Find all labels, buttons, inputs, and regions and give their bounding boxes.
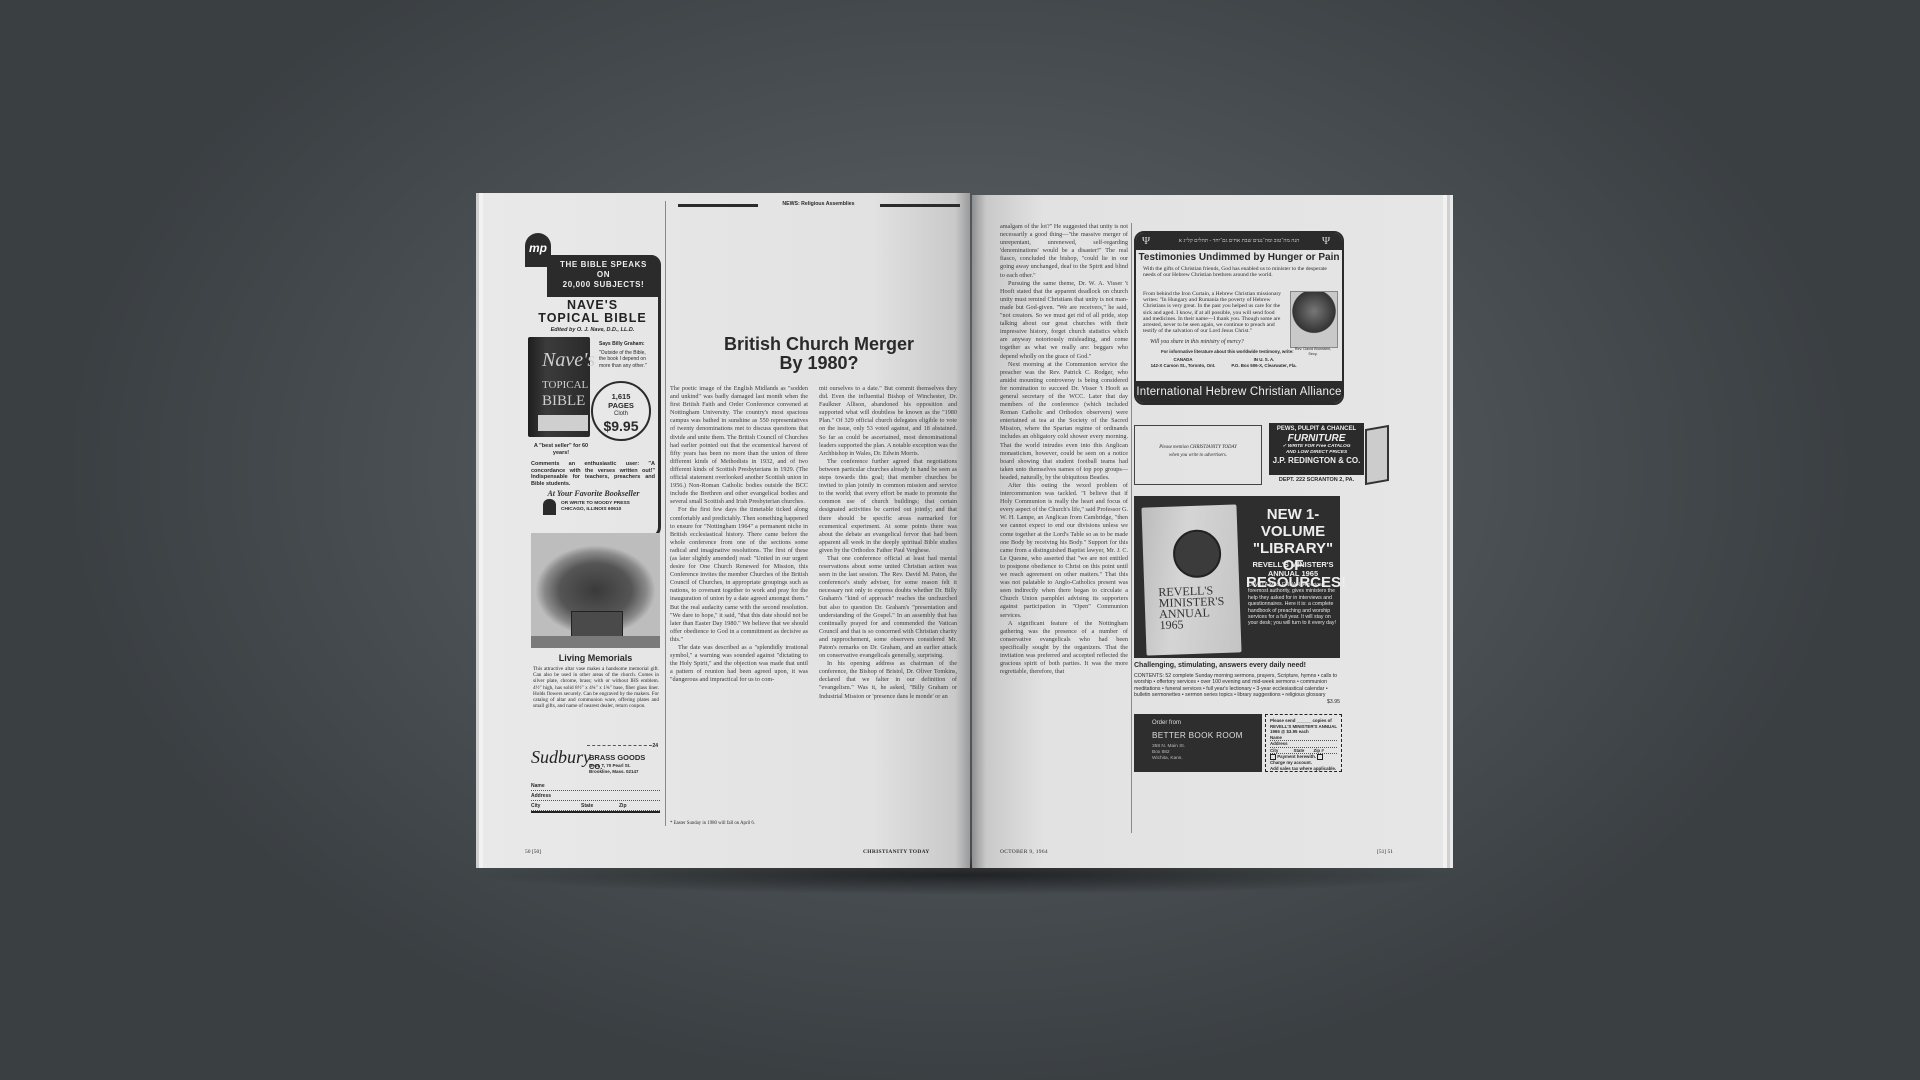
headline-line: British Church Merger bbox=[678, 335, 960, 354]
address-line: CHICAGO, ILLINOIS 60610 bbox=[561, 507, 651, 513]
left-page: mp THE BIBLE SPEAKS ON 20,000 SUBJECTS! … bbox=[483, 193, 970, 868]
ministers-annual-book-image: REVELL'S MINISTER'S ANNUAL 1965 bbox=[1141, 504, 1241, 655]
field-label: Zip bbox=[619, 803, 627, 809]
address-line: Brookline, Mass. 02147 bbox=[589, 769, 639, 775]
article-column-1: The poetic image of the English Midlands… bbox=[670, 385, 808, 820]
article-headline: British Church Merger By 1980? bbox=[678, 335, 960, 373]
section-label: NEWS: Religious Assemblies bbox=[766, 201, 871, 207]
ad-ask: Will you share in this ministry of mercy… bbox=[1150, 339, 1244, 345]
tax-note: Add sales tax where applicable. bbox=[1270, 766, 1337, 772]
ad-line: ✓ WRITE FOR Free CATALOG bbox=[1269, 444, 1364, 450]
field-label: Name bbox=[1270, 735, 1282, 740]
ihca-ad: הנה מה־טוב ומה־נעים שבת אחים גם־יחד - תה… bbox=[1134, 231, 1344, 405]
paragraph: amalgam of the lot?" He suggested that u… bbox=[1000, 223, 1128, 280]
photo-caption: Rev. David Bronstein, Secy. bbox=[1290, 347, 1336, 356]
graham-quote: Says Billy Graham: "Outside of the Bible… bbox=[599, 341, 654, 369]
canada-address: CANADA 142-X Carson St., Toronto, Ont. bbox=[1143, 357, 1223, 368]
hebrew-text: הנה מה־טוב ומה־נעים שבת אחים גם־יחד - תה… bbox=[1179, 238, 1300, 244]
revell-annual-ad: REVELL'S MINISTER'S ANNUAL 1965 NEW 1-VO… bbox=[1134, 496, 1340, 658]
coupon-line: Please send ______ copies of REVELL'S MI… bbox=[1270, 718, 1337, 735]
ad-description: Comments an enthusiastic user: "A concor… bbox=[531, 461, 655, 487]
cover-strip bbox=[538, 415, 588, 431]
hebrew-banner: הנה מה־טוב ומה־נעים שבת אחים גם־יחד - תה… bbox=[1136, 233, 1342, 250]
order-from-box: Order from BETTER BOOK ROOM 358 N. Main … bbox=[1134, 714, 1262, 772]
ad-banner: THE BIBLE SPEAKS ON 20,000 SUBJECTS! bbox=[547, 255, 660, 297]
title-line: TOPICAL BIBLE bbox=[525, 312, 660, 325]
address-line: P.O. Box 506-X, Clearwater, Fla. bbox=[1224, 363, 1304, 369]
bestseller-note: A "best seller" for 60 years! bbox=[531, 443, 591, 456]
column-rule bbox=[665, 201, 666, 826]
section-header: NEWS: Religious Assemblies bbox=[678, 201, 960, 211]
menorah-icon: Ψ bbox=[1142, 235, 1158, 247]
naves-bible-ad: mp THE BIBLE SPEAKS ON 20,000 SUBJECTS! … bbox=[525, 233, 660, 533]
header-bar bbox=[678, 204, 758, 207]
coupon-code: 24 bbox=[652, 743, 658, 749]
payment-options: Payment herewith. Charge my account. bbox=[1270, 754, 1337, 766]
ad-paragraph: With the gifts of Christian friends, God… bbox=[1143, 266, 1339, 278]
ad-info: For informative literature about this wo… bbox=[1161, 349, 1294, 354]
cover-script: Nave's bbox=[542, 349, 595, 372]
mention-line: Please mention CHRISTIANITY TODAY bbox=[1135, 444, 1261, 452]
store-name: BETTER BOOK ROOM bbox=[1152, 731, 1243, 740]
usa-address: IN U. S. A. P.O. Box 506-X, Clearwater, … bbox=[1224, 357, 1304, 368]
vase-ad-description: This attractive altar vase makes a hands… bbox=[533, 666, 659, 709]
sudbury-coupon: 24 Sudbury BRASS GOODS CO. Dept. T, 70 P… bbox=[531, 743, 660, 823]
revell-headline: NEW 1-VOLUME "LIBRARY" OF RESOURCES! bbox=[1246, 506, 1340, 591]
ad-line: J.P. REDINGTON & CO. bbox=[1269, 455, 1364, 466]
company-address: Dept. T, 70 Pearl St. Brookline, Mass. 0… bbox=[589, 763, 639, 774]
banner-line: THE BIBLE SPEAKS bbox=[547, 260, 660, 270]
ad-headline: Testimonies Undimmed by Hunger or Pain bbox=[1136, 252, 1342, 263]
paragraph: mit ourselves to a date." But commit the… bbox=[819, 385, 957, 458]
ad-line: FURNITURE bbox=[1269, 433, 1364, 444]
ad-footer: International Hebrew Christian Alliance bbox=[1136, 381, 1342, 403]
ad-paragraph: From behind the Iron Curtain, a Hebrew C… bbox=[1143, 291, 1283, 334]
article-column-2: mit ourselves to a date." But commit the… bbox=[819, 385, 957, 829]
quote-text: "Outside of the Bible, the book I depend… bbox=[599, 350, 654, 369]
paragraph: Next morning at the Communion service th… bbox=[1000, 361, 1128, 482]
cover-line: TOPICAL bbox=[542, 379, 588, 391]
page-number: 50 [50] bbox=[525, 849, 541, 855]
field-label: State bbox=[1294, 748, 1305, 753]
banner-line: ON bbox=[547, 270, 660, 280]
order-label: Order from bbox=[1152, 720, 1181, 726]
portrait-photo bbox=[1290, 291, 1338, 348]
altar-vase-photo bbox=[531, 533, 660, 648]
paragraph: The conference further agreed that negot… bbox=[819, 458, 957, 555]
headline-line: NEW 1-VOLUME bbox=[1246, 506, 1340, 540]
bookseller-line: At Your Favorite Bookseller bbox=[531, 489, 656, 498]
mention-advertisers-box: Please mention CHRISTIANITY TODAY when y… bbox=[1134, 425, 1262, 485]
footnote: * Easter Sunday in 1980 will fall on Apr… bbox=[670, 821, 810, 826]
pages-label: PAGES bbox=[593, 402, 649, 411]
field-label: Address bbox=[531, 793, 551, 799]
right-page: amalgam of the lot?" He suggested that u… bbox=[972, 195, 1443, 868]
headline-line: By 1980? bbox=[678, 354, 960, 373]
ad-line: PEWS, PULPIT & CHANCEL bbox=[1269, 423, 1364, 433]
ad-panel: PEWS, PULPIT & CHANCEL FURNITURE ✓ WRITE… bbox=[1269, 423, 1364, 475]
vase-ad-title: Living Memorials bbox=[531, 653, 660, 663]
redington-furniture-ad: PEWS, PULPIT & CHANCEL FURNITURE ✓ WRITE… bbox=[1269, 423, 1397, 487]
address-line: Wichita, Kans. bbox=[1152, 756, 1185, 762]
revell-price: $3.95 bbox=[1134, 699, 1340, 705]
pulpit-image bbox=[1365, 425, 1389, 485]
ad-editor: Edited by O. J. Nave, D.D., LL.D. bbox=[525, 327, 660, 333]
moody-mini-logo-icon bbox=[543, 499, 556, 515]
paragraph: In his opening address as chairman of th… bbox=[819, 660, 957, 700]
coupon-rule bbox=[531, 811, 660, 813]
cover-line: BIBLE bbox=[542, 393, 585, 410]
paragraph: Pursuing the same theme, Dr. W. A. Visse… bbox=[1000, 280, 1128, 361]
book-cover-image: Nave's TOPICAL BIBLE bbox=[528, 337, 590, 437]
contents-text: CONTENTS: 52 complete Sunday morning ser… bbox=[1134, 673, 1337, 698]
city-state-zip-field[interactable]: City State Zip bbox=[531, 803, 660, 811]
ad-dept: DEPT. 222 SCRANTON 2, PA. bbox=[1269, 477, 1364, 483]
paragraph: A significant feature of the Nottingham … bbox=[1000, 620, 1128, 677]
issue-date: OCTOBER 9, 1964 bbox=[1000, 849, 1048, 855]
book-title: REVELL'S MINISTER'S ANNUAL 1965 bbox=[1158, 585, 1235, 632]
ad-title: NAVE'S TOPICAL BIBLE bbox=[525, 299, 660, 325]
mention-line: when you write to advertisers. bbox=[1135, 452, 1261, 460]
paragraph: For the first few days the timetable tic… bbox=[670, 506, 808, 644]
field-label: State bbox=[581, 803, 593, 809]
price-badge: 1,615 PAGES Cloth $9.95 bbox=[591, 381, 651, 441]
checkbox-label: Payment herewith. bbox=[1277, 754, 1316, 759]
page-number: [51] 51 bbox=[1377, 849, 1393, 855]
revell-contents: CONTENTS: 52 complete Sunday morning ser… bbox=[1134, 673, 1340, 705]
banner-line: 20,000 SUBJECTS! bbox=[547, 280, 660, 290]
header-bar bbox=[880, 204, 960, 207]
charge-checkbox[interactable] bbox=[1317, 754, 1323, 760]
sudbury-logo: Sudbury bbox=[531, 747, 591, 768]
revell-subhead: REVELL'S MINISTER'S ANNUAL 1965 bbox=[1246, 561, 1340, 578]
field-label: Zip # bbox=[1314, 748, 1324, 753]
revell-tagline: Challenging, stimulating, answers every … bbox=[1134, 662, 1344, 669]
paragraph: The date was described as a "splendidly … bbox=[670, 644, 808, 684]
field-label: Address bbox=[1270, 741, 1288, 746]
field-label: Name bbox=[531, 783, 545, 789]
price: $9.95 bbox=[593, 419, 649, 434]
subhead-line: ANNUAL 1965 bbox=[1246, 570, 1340, 579]
revell-description: DAVID A MacLENNAN, America's foremost au… bbox=[1248, 582, 1340, 627]
order-coupon: Please send ______ copies of REVELL'S MI… bbox=[1265, 714, 1342, 772]
field-label: City bbox=[1270, 748, 1278, 753]
running-footer: CHRISTIANITY TODAY bbox=[863, 849, 930, 855]
store-address: 358 N. Main St. Box 882 Wichita, Kans. bbox=[1152, 744, 1185, 763]
paragraph: After this outing the vexed problem of i… bbox=[1000, 482, 1128, 620]
book-emblem bbox=[1172, 529, 1222, 579]
vase-base bbox=[531, 636, 660, 648]
column-rule bbox=[1131, 223, 1132, 833]
checkbox-label: Charge my account. bbox=[1270, 760, 1312, 765]
menorah-icon: Ψ bbox=[1322, 235, 1338, 247]
address-field[interactable]: Address bbox=[531, 793, 660, 801]
quote-attrib: Says Billy Graham: bbox=[599, 341, 654, 347]
article-continued-column: amalgam of the lot?" He suggested that u… bbox=[1000, 223, 1128, 833]
paragraph: That one conference official at least ha… bbox=[819, 555, 957, 660]
field-label: City bbox=[531, 803, 540, 809]
coupon-dash bbox=[587, 745, 652, 746]
name-field[interactable]: Name bbox=[531, 783, 660, 791]
moody-address: OR WRITE TO MOODY PRESS CHICAGO, ILLINOI… bbox=[561, 501, 651, 513]
paragraph: The poetic image of the English Midlands… bbox=[670, 385, 808, 506]
address-line: 142-X Carson St., Toronto, Ont. bbox=[1143, 363, 1223, 369]
